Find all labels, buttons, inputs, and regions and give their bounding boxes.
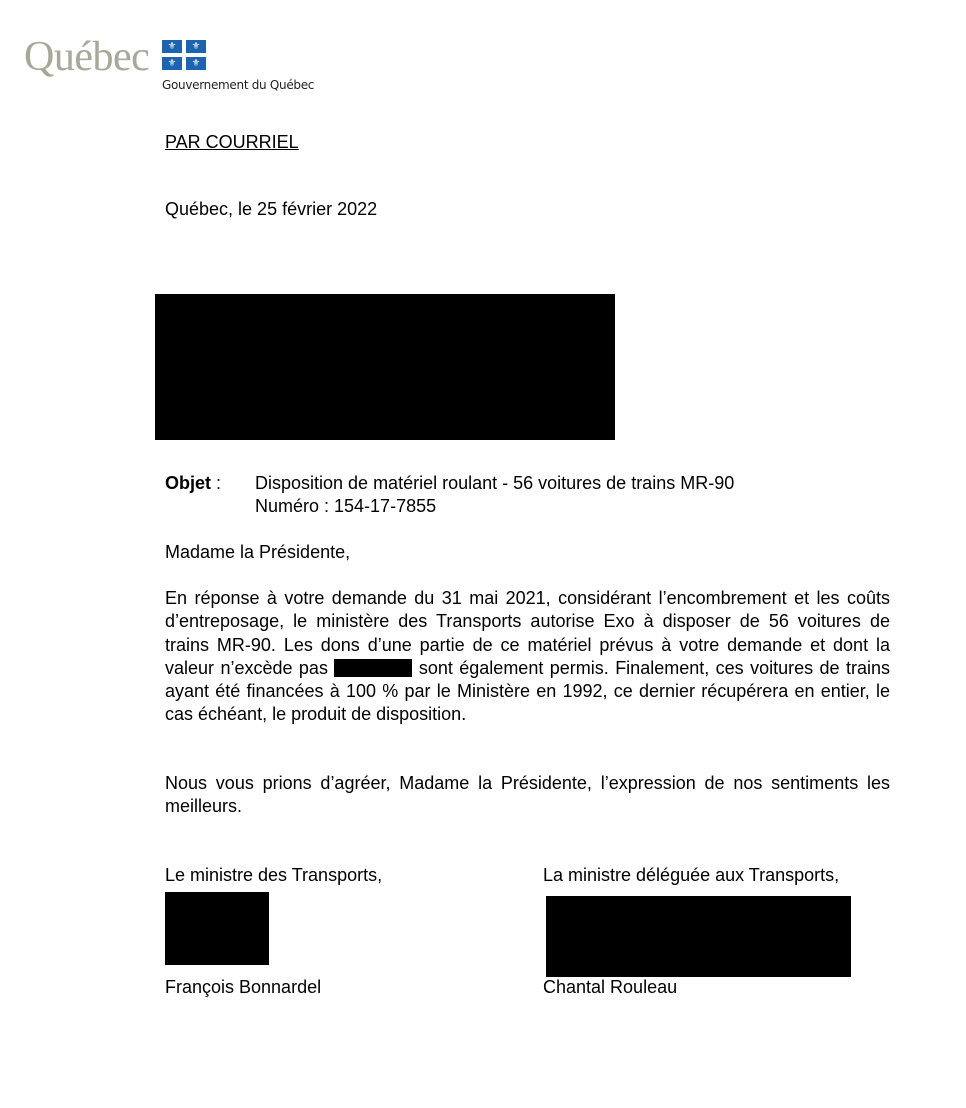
- body-paragraph-2: Nous vous prions d’agréer, Madame la Pré…: [165, 772, 890, 819]
- signature-1-name: François Bonnardel: [165, 976, 321, 999]
- fleur-de-lis-icon: ⚜: [186, 40, 206, 53]
- redacted-amount: [334, 659, 412, 677]
- fleur-de-lis-icon: ⚜: [162, 57, 182, 70]
- quebec-flag-icon: ⚜ ⚜ ⚜ ⚜: [162, 40, 206, 70]
- subject-title: Disposition de matériel roulant - 56 voi…: [255, 472, 734, 495]
- government-label: Gouvernement du Québec: [162, 78, 314, 92]
- fleur-de-lis-icon: ⚜: [162, 40, 182, 53]
- salutation: Madame la Présidente,: [165, 541, 350, 564]
- redacted-signature-2: [546, 896, 851, 977]
- date-line: Québec, le 25 février 2022: [165, 198, 377, 221]
- redacted-recipient-block: [155, 294, 615, 440]
- signature-2-name: Chantal Rouleau: [543, 976, 677, 999]
- delivery-mode: PAR COURRIEL: [165, 131, 299, 154]
- body-paragraph-1: En réponse à votre demande du 31 mai 202…: [165, 587, 890, 727]
- signature-1-title: Le ministre des Transports,: [165, 864, 382, 887]
- signature-2-title: La ministre déléguée aux Transports,: [543, 864, 839, 887]
- subject-label: Objet :: [165, 472, 221, 495]
- redacted-signature-1: [165, 892, 269, 965]
- subject-number: Numéro : 154-17-7855: [255, 495, 436, 518]
- quebec-logo-wordmark: Québec: [24, 34, 149, 80]
- fleur-de-lis-icon: ⚜: [186, 57, 206, 70]
